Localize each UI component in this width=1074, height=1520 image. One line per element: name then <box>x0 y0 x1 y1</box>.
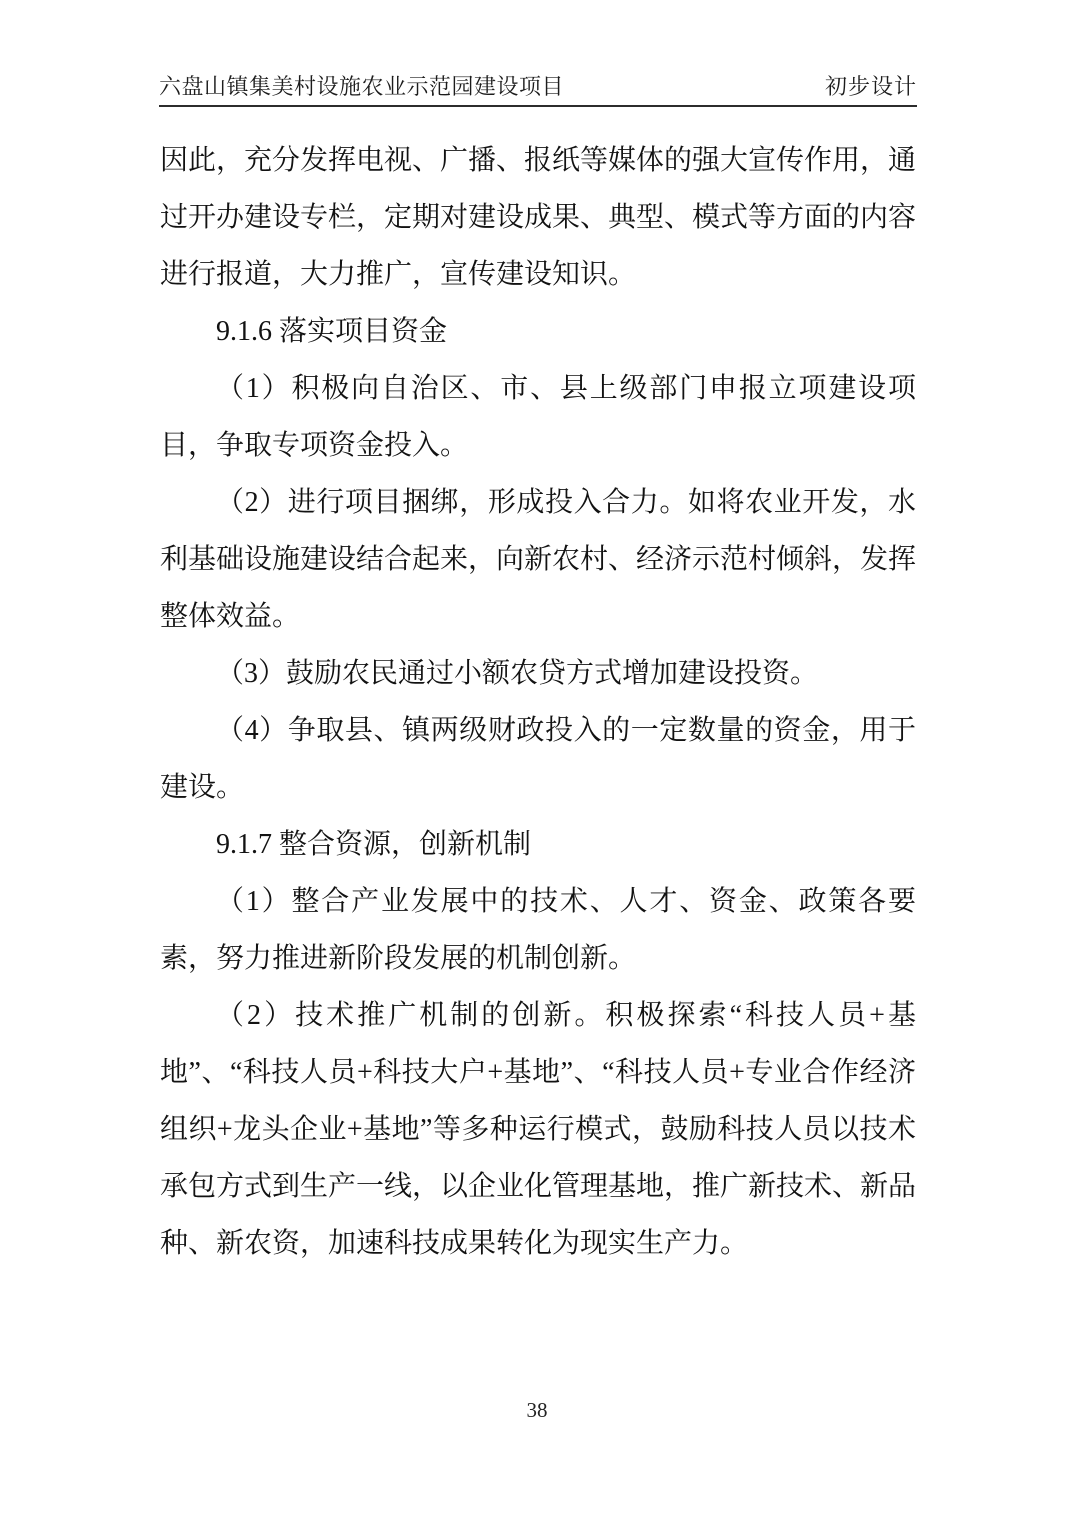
paragraph-item-6: （2）技术推广机制的创新。积极探索“科技人员+基地”、“科技人员+科技大户+基地… <box>160 987 916 1272</box>
heading-9-1-7: 9.1.7 整合资源，创新机制 <box>160 816 916 873</box>
paragraph-item-2: （2）进行项目捆绑，形成投入合力。如将农业开发，水利基础设施建设结合起来，向新农… <box>160 474 916 645</box>
page-number: 38 <box>527 1398 548 1422</box>
paragraph-item-5: （1）整合产业发展中的技术、人才、资金、政策各要素，努力推进新阶段发展的机制创新… <box>160 873 916 987</box>
paragraph-item-1: （1）积极向自治区、市、县上级部门申报立项建设项目，争取专项资金投入。 <box>160 360 916 474</box>
paragraph-item-3: （3）鼓励农民通过小额农贷方式增加建设投资。 <box>160 645 916 702</box>
heading-9-1-6: 9.1.6 落实项目资金 <box>160 303 916 360</box>
header-doc-stage-label: 初步设计 <box>825 74 917 100</box>
document-page: 六盘山镇集美村设施农业示范园建设项目 初步设计 因此，充分发挥电视、广播、报纸等… <box>0 0 1074 1520</box>
paragraph-continuation: 因此，充分发挥电视、广播、报纸等媒体的强大宣传作用，通过开办建设专栏，定期对建设… <box>160 132 916 303</box>
page-footer: 38 <box>0 1398 1074 1423</box>
header-project-title: 六盘山镇集美村设施农业示范园建设项目 <box>159 74 564 100</box>
paragraph-item-4: （4）争取县、镇两级财政投入的一定数量的资金，用于建设。 <box>160 702 916 816</box>
page-header: 六盘山镇集美村设施农业示范园建设项目 初步设计 <box>159 74 917 107</box>
document-body: 因此，充分发挥电视、广播、报纸等媒体的强大宣传作用，通过开办建设专栏，定期对建设… <box>160 132 916 1272</box>
